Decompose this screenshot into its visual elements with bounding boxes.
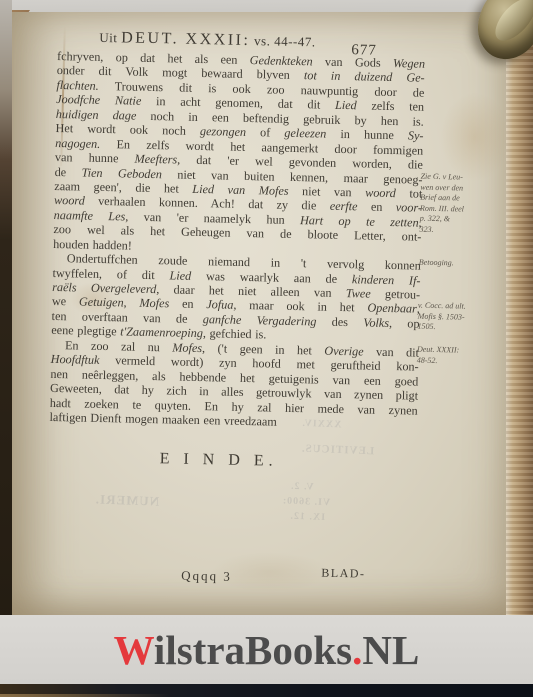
printed-content: Uit DEUT. XXXII: vs. 44--47. 677 fchryve…	[0, 12, 507, 625]
book-page: Uit DEUT. XXXII: vs. 44--47. 677 fchryve…	[10, 12, 507, 615]
book-photo: Uit DEUT. XXXII: vs. 44--47. 677 fchryve…	[0, 0, 533, 697]
header-prefix: Uit	[99, 30, 121, 45]
watermark-dot: .	[352, 627, 362, 673]
quire-signature: Qqqq 3	[181, 568, 232, 585]
show-through-text: V. 2.	[290, 481, 314, 493]
margin-note-betooging: Betooging.	[419, 258, 499, 270]
header-book-title: DEUT. XXXII:	[121, 29, 251, 49]
watermark-text: WilstraBooks.NL	[114, 626, 420, 674]
watermark-name: ilstraBooks	[154, 627, 352, 673]
show-through-text: XXXIV.	[301, 418, 341, 431]
header-verse-range: vs. 44--47.	[250, 33, 316, 49]
table-edge	[0, 684, 533, 697]
clasp-highlight	[488, 0, 533, 48]
body-text: fchryven, op dat het als een Gedenkteken…	[49, 49, 425, 432]
catchword: BLAD-	[321, 566, 365, 582]
running-header: Uit DEUT. XXXII: vs. 44--47.	[57, 28, 357, 52]
margin-note-reference: Zie G. v Leu- wen over den Brief aan de …	[419, 172, 500, 237]
show-through-text: VI. 3600:	[282, 495, 331, 508]
show-through-text: IX. 12.	[289, 511, 325, 523]
margin-note-deut: Deut. XXXII: 48-52.	[417, 345, 497, 368]
watermark-tld: NL	[362, 627, 419, 673]
show-through-text: NUMERI.	[95, 491, 160, 509]
watermark-band: WilstraBooks.NL	[0, 615, 533, 684]
margin-note-cocceius: v. Cocc. ad ult. Mofis §. 1503- 1505.	[417, 301, 498, 334]
book-fore-edge	[506, 14, 533, 615]
book-gutter-edge	[0, 0, 12, 684]
watermark-initial: W	[114, 627, 154, 673]
